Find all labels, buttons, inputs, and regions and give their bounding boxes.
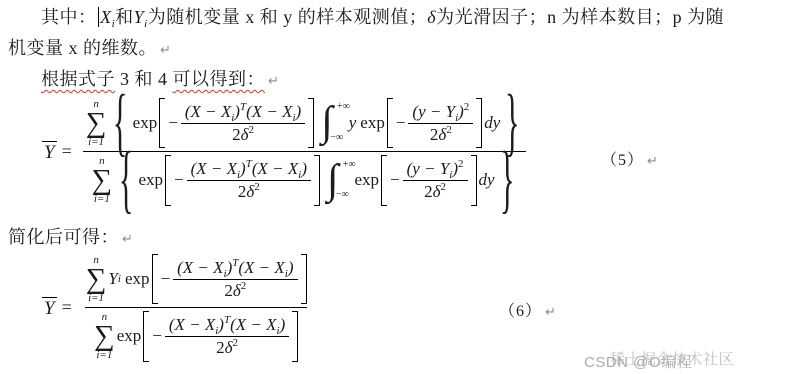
paragraph-return-mark: ↵ xyxy=(647,154,659,169)
equation-5-denominator: n ∑ i=1 { exp − (X − Xi)T(X − Xi) 2δ2 ∫ … xyxy=(83,151,526,206)
minus-sign: − xyxy=(174,170,184,190)
para1-conj: 和 xyxy=(115,7,134,27)
paragraph-return-mark: ↵ xyxy=(268,74,279,89)
minus-sign: − xyxy=(168,113,178,133)
y-bar-variable: Y xyxy=(42,297,57,319)
sum-symbol: n ∑ i=1 xyxy=(94,311,115,361)
equation-6-numerator: n ∑ i=1 Yi exp − (X − Xi)T(X − Xi) 2δ2 xyxy=(77,253,316,307)
paragraph-definitions-line2[interactable]: 机变量 x 的维数。↵ xyxy=(8,35,171,64)
minus-sign: − xyxy=(390,170,400,190)
minus-sign: − xyxy=(161,269,171,289)
sum-symbol: n ∑ i=1 xyxy=(92,155,113,205)
equation-5-number: （5）↵ xyxy=(601,147,659,170)
quadratic-fraction: (X − Xi)T(X − Xi) 2δ2 xyxy=(173,258,297,301)
exp-operator: exp xyxy=(117,326,142,346)
text-cursor xyxy=(98,7,100,27)
para1-seg2: 为光滑因子；n 为样本数目；p 为随 xyxy=(436,7,724,27)
quadratic-fraction: (X − Xi)T(X − Xi) 2δ2 xyxy=(187,159,311,202)
dy-differential: dy xyxy=(484,113,500,133)
equation-6-denominator: n ∑ i=1 exp − (X − Xi)T(X − Xi) 2δ2 xyxy=(85,307,307,362)
exp-operator: exp xyxy=(133,113,158,133)
left-bracket xyxy=(387,98,393,148)
right-bracket xyxy=(471,155,477,205)
sum-symbol: n ∑ i=1 xyxy=(86,254,107,304)
para3-text: 简化后可得： xyxy=(8,227,119,247)
watermark-layer-csdn: CSDN @O编程 xyxy=(584,351,692,372)
para2-underlined-1: 根据式子 xyxy=(41,69,115,89)
right-brace: } xyxy=(499,142,514,218)
right-bracket xyxy=(301,254,307,304)
dy-differential: dy xyxy=(479,170,495,190)
equation-5-numerator: n ∑ i=1 { exp − (X − Xi)T(X − Xi) 2δ2 ∫ … xyxy=(77,97,532,151)
quadratic-fraction: (X − Xi)T(X − Xi) 2δ2 xyxy=(181,102,305,145)
equation-6-number: （6）↵ xyxy=(499,298,557,321)
paragraph-return-mark: ↵ xyxy=(160,43,171,58)
equals-sign: = xyxy=(62,141,72,162)
y-bar-variable: Y xyxy=(42,141,57,163)
y-variable: y xyxy=(349,113,357,133)
equation-5: Y = n ∑ i=1 { exp − (X − Xi)T(X − Xi) 2δ… xyxy=(42,97,532,207)
sum-symbol: n ∑ i=1 xyxy=(86,98,107,148)
exp-operator: exp xyxy=(355,170,380,190)
document-page[interactable]: 其中：Xi和Yi为随机变量 x 和 y 的样本观测值；δ为光滑因子；n 为样本数… xyxy=(0,0,787,374)
minus-sign: − xyxy=(396,113,406,133)
paragraph-return-mark: ↵ xyxy=(545,305,557,320)
left-bracket xyxy=(381,155,387,205)
var-x: X xyxy=(100,7,112,27)
left-bracket xyxy=(165,155,171,205)
yi-variable: Y xyxy=(108,269,117,289)
gaussian-fraction: (y − Yi)2 2δ2 xyxy=(408,102,473,145)
watermark: 稀土掘金技术社区 CSDN @O编程 xyxy=(584,346,784,372)
paragraph-definitions-line1[interactable]: 其中：Xi和Yi为随机变量 x 和 y 的样本观测值；δ为光滑因子；n 为样本数… xyxy=(41,4,724,31)
minus-sign: − xyxy=(152,326,162,346)
right-bracket xyxy=(476,98,482,148)
exp-operator: exp xyxy=(360,113,385,133)
para1-seg1: 为随机变量 x 和 y 的样本观测值； xyxy=(148,7,428,27)
equation-5-fraction: n ∑ i=1 { exp − (X − Xi)T(X − Xi) 2δ2 ∫ … xyxy=(77,97,532,207)
paragraph-simplify[interactable]: 简化后可得：↵ xyxy=(8,224,133,253)
left-bracket xyxy=(143,311,149,361)
integral-symbol: ∫ +∞ −∞ xyxy=(319,105,349,141)
para1-line2: 机变量 x 的维数。 xyxy=(8,38,157,58)
exp-operator: exp xyxy=(125,269,150,289)
paragraph-derive[interactable]: 根据式子 3 和 4 可以得到：↵ xyxy=(41,66,279,95)
integral-symbol: ∫ +∞ −∞ xyxy=(325,163,355,199)
exp-operator: exp xyxy=(138,170,163,190)
left-brace: { xyxy=(119,142,134,218)
right-bracket xyxy=(308,98,314,148)
paragraph-return-mark: ↵ xyxy=(122,232,133,247)
quadratic-fraction: (X − Xi)T(X − Xi) 2δ2 xyxy=(165,315,289,358)
left-bracket xyxy=(152,254,158,304)
equals-sign: = xyxy=(62,297,72,318)
para2-underlined-2: 可以得到： xyxy=(173,69,266,89)
equation-6: Y = n ∑ i=1 Yi exp − (X − Xi)T(X − Xi) 2… xyxy=(42,253,316,363)
right-bracket xyxy=(292,311,298,361)
para1-lead: 其中： xyxy=(41,7,97,27)
delta-symbol: δ xyxy=(427,7,436,27)
gaussian-fraction: (y − Yi)2 2δ2 xyxy=(403,159,468,202)
equation-6-fraction: n ∑ i=1 Yi exp − (X − Xi)T(X − Xi) 2δ2 n xyxy=(77,253,316,363)
right-bracket xyxy=(314,155,320,205)
var-y: Y xyxy=(134,7,145,27)
left-bracket xyxy=(159,98,165,148)
